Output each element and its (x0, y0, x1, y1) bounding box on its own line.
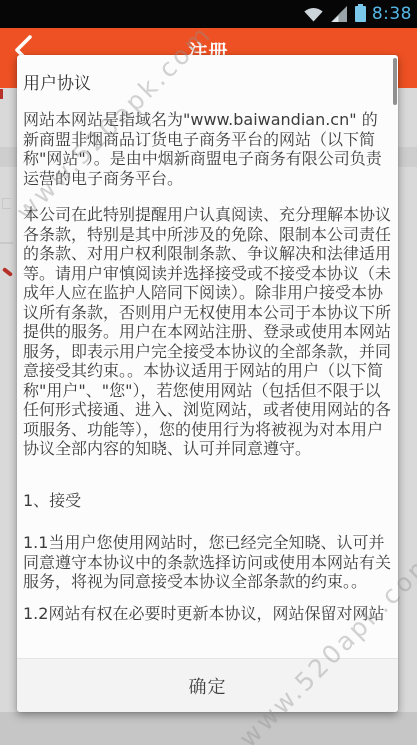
background-text-fragment (2, 198, 11, 209)
background-line-fragment (0, 242, 13, 244)
confirm-button-label: 确定 (189, 673, 227, 699)
agreement-paragraph: 1.2网站有权在必要时更新本协议，网站保留对网站 (23, 604, 393, 624)
battery-icon (355, 6, 366, 22)
status-bar: 8:38 (0, 0, 417, 28)
signal-icon (330, 6, 348, 23)
wifi-icon (303, 6, 324, 23)
agreement-scroll-area[interactable]: 用户协议 网站本网站是指域名为"www.baiwandian.cn" 的新商盟非… (17, 55, 398, 658)
dialog-title: 用户协议 (23, 73, 393, 95)
required-mark-fragment (0, 89, 3, 99)
agreement-section-heading: 1、接受 (23, 491, 393, 511)
user-agreement-dialog: 用户协议 网站本网站是指域名为"www.baiwandian.cn" 的新商盟非… (17, 55, 398, 712)
confirm-button[interactable]: 确定 (17, 658, 398, 712)
red-check-fragment (2, 267, 13, 277)
scrollbar-thumb[interactable] (393, 58, 397, 105)
agreement-paragraph: 1.1当用户您使用网站时，您已经完全知晓、认可并同意遵守本协议中的条款选择访问或… (23, 533, 393, 592)
agreement-paragraph: 网站本网站是指域名为"www.baiwandian.cn" 的新商盟非烟商品订货… (23, 110, 393, 188)
background-bottom-area (0, 712, 417, 745)
status-time: 8:38 (372, 4, 412, 24)
agreement-paragraph: 本公司在此特别提醒用户认真阅读、充分理解本协议各条款，特别是其中所涉及的免除、限… (23, 205, 393, 459)
